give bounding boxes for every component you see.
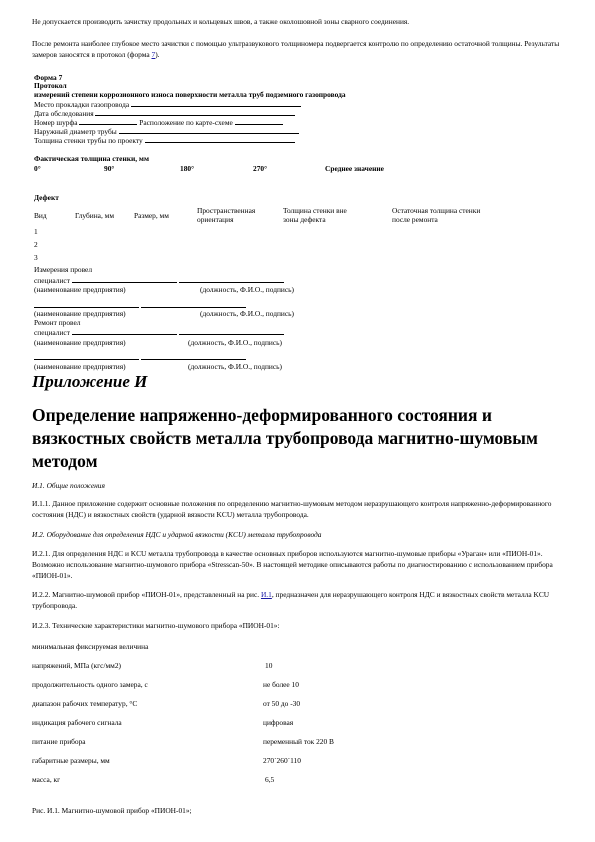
field-place-line[interactable] xyxy=(131,99,301,107)
angle-90: 90° xyxy=(104,164,114,173)
specs-intro: минимальная фиксируемая величина xyxy=(32,642,148,651)
person-line-4[interactable] xyxy=(141,352,246,360)
spec-name-1: продолжительность одного замера, с xyxy=(32,680,148,689)
spec-name-0: напряжений, МПа (кгс/мм2) xyxy=(32,661,121,670)
person-caption-4: (должность, Ф.И.О., подпись) xyxy=(188,362,282,371)
protocol-label: Протокол xyxy=(34,81,67,90)
spec-value-6: 6,5 xyxy=(265,775,274,784)
spec-name-4: питание прибора xyxy=(32,737,86,746)
angle-270: 270° xyxy=(253,164,267,173)
field-date-line[interactable] xyxy=(95,108,295,116)
defect-header-type: Вид xyxy=(34,211,47,220)
spec-value-3: цифровая xyxy=(263,718,293,727)
sig-lines-4 xyxy=(34,352,246,362)
person-caption-3: (должность, Ф.И.О., подпись) xyxy=(188,338,282,347)
defect-header-residual: Остаточная толщина стенки после ремонта xyxy=(392,206,482,224)
field-pit-line[interactable] xyxy=(79,117,137,125)
protocol-title: измерений степени коррозионного износа п… xyxy=(34,90,346,99)
spec-name-6: масса, кг xyxy=(32,775,60,784)
section-2-heading: И.2. Оборудование для определения НДС и … xyxy=(32,530,321,539)
specialist-line-3: специалист xyxy=(34,327,284,337)
spec-value-2: от 50 до -30 xyxy=(263,699,300,708)
org-line-2[interactable] xyxy=(34,300,139,308)
appendix-title: Определение напряженно-деформированного … xyxy=(32,404,572,473)
spec-value-4: переменный ток 220 В xyxy=(263,737,334,746)
spec-name-5: габаритные размеры, мм xyxy=(32,756,110,765)
section-1-heading: И.1. Общие положения xyxy=(32,481,105,490)
actual-thickness-label: Фактическая толщина стенки, мм xyxy=(34,154,149,163)
section-2-3: И.2.3. Технические характеристики магнит… xyxy=(32,621,280,630)
repair-done-label: Ремонт провел xyxy=(34,318,80,327)
person-line-1[interactable] xyxy=(179,275,284,283)
measurements-done-label: Измерения провел xyxy=(34,265,92,274)
section-2-2: И.2.2. Магнитно-шумовой прибор «ПИОН-01»… xyxy=(32,589,572,611)
person-caption-1: (должность, Ф.И.О., подпись) xyxy=(200,285,294,294)
org-caption-3: (наименование предприятия) xyxy=(34,338,126,347)
org-line-3[interactable] xyxy=(72,327,177,335)
org-caption-4: (наименование предприятия) xyxy=(34,362,126,371)
defect-label: Дефект xyxy=(34,193,59,202)
field-thickness-line[interactable] xyxy=(145,135,295,143)
org-line-1[interactable] xyxy=(72,275,177,283)
section-2-1: И.2.1. Для определения НДС и KCU металла… xyxy=(32,548,572,581)
field-map-line[interactable] xyxy=(235,117,283,125)
angle-180: 180° xyxy=(180,164,194,173)
person-caption-2: (должность, Ф.И.О., подпись) xyxy=(200,309,294,318)
defect-row-3: 3 xyxy=(34,253,38,262)
angle-0: 0° xyxy=(34,164,41,173)
org-caption-2: (наименование предприятия) xyxy=(34,309,126,318)
spec-name-3: индикация рабочего сигнала xyxy=(32,718,122,727)
defect-row-1: 1 xyxy=(34,227,38,236)
field-wall-thickness: Толщина стенки трубы по проекту xyxy=(34,135,295,145)
person-line-2[interactable] xyxy=(141,300,246,308)
section-1-1: И.1.1. Данное приложение содержит основн… xyxy=(32,498,572,520)
appendix-label: Приложение И xyxy=(32,372,147,392)
intro-paragraph-1: Не допускается производить зачистку прод… xyxy=(32,17,409,26)
angle-average: Среднее значение xyxy=(325,164,384,173)
person-line-3[interactable] xyxy=(179,327,284,335)
spec-value-0: 10 xyxy=(265,661,272,670)
defect-header-thickness-outside: Толщина стенки вне зоны дефекта xyxy=(283,206,363,224)
intro-paragraph-2: После ремонта наиболее глубокое место за… xyxy=(32,38,572,60)
figure-link[interactable]: И.1 xyxy=(261,590,272,599)
spec-value-5: 270´260´110 xyxy=(263,756,301,765)
specialist-line-1: специалист xyxy=(34,275,284,285)
org-caption-1: (наименование предприятия) xyxy=(34,285,126,294)
field-diameter-line[interactable] xyxy=(119,126,299,134)
spec-name-2: диапазон рабочих температур, °С xyxy=(32,699,137,708)
figure-caption: Рис. И.1. Магнитно-шумовой прибор «ПИОН-… xyxy=(32,806,192,815)
defect-header-orientation: Пространственная ориентация xyxy=(197,206,267,224)
defect-row-2: 2 xyxy=(34,240,38,249)
defect-header-depth: Глубина, мм xyxy=(75,211,114,220)
org-line-4[interactable] xyxy=(34,352,139,360)
defect-header-size: Размер, мм xyxy=(134,211,169,220)
spec-value-1: не более 10 xyxy=(263,680,299,689)
